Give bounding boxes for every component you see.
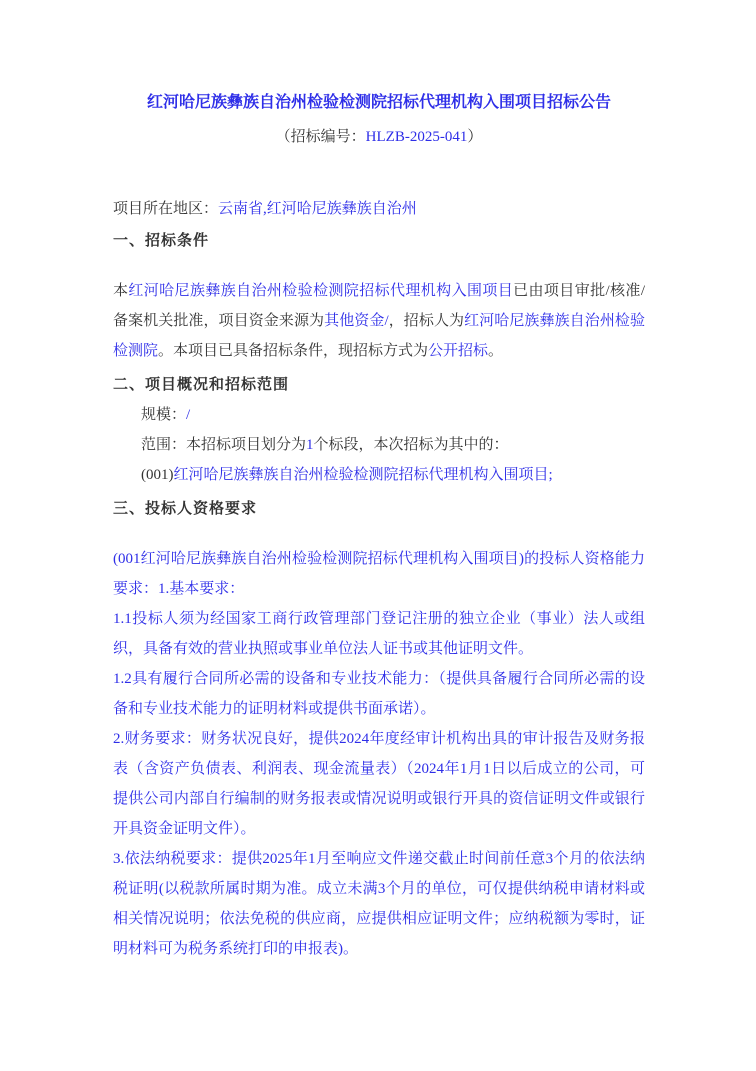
document-title: 红河哈尼族彝族自治州检验检测院招标代理机构入围项目招标公告 — [113, 92, 645, 114]
scale-line: 规模：/ — [113, 400, 645, 430]
document-page: 红河哈尼族彝族自治州检验检测院招标代理机构入围项目招标公告 （招标编号：HLZB… — [0, 0, 756, 1071]
text-segment: 其他资金/ — [324, 313, 389, 329]
text-segment: (001) — [141, 467, 174, 483]
text-segment: ） — [467, 129, 482, 145]
text-segment: 。 — [488, 343, 503, 359]
requirement-1-1-paragraph: 1.1投标人须为经国家工商行政管理部门登记注册的独立企业（事业）法人或组织，具备… — [113, 604, 645, 664]
text-segment: / — [186, 407, 190, 423]
text-segment: 项目所在地区： — [113, 201, 218, 217]
text-segment: 公开招标 — [428, 343, 488, 359]
text-segment: 3.依法纳税要求：提供2025年1月至响应文件递交截止时间前任意3个月的依法纳税… — [113, 851, 645, 957]
text-segment: 范围：本招标项目划分为 — [141, 437, 306, 453]
requirement-1-2-paragraph: 1.2具有履行合同所必需的设备和专业技术能力：（提供具备履行合同所必需的设备和专… — [113, 664, 645, 724]
text-segment: 本 — [113, 283, 128, 299]
text-segment: (001红河哈尼族彝族自治州检验检测院招标代理机构入围项目)的投标人资格能力要求… — [113, 551, 645, 597]
section-heading-bidding-conditions: 一、招标条件 — [113, 226, 645, 256]
text-segment: 1.1投标人须为经国家工商行政管理部门登记注册的独立企业（事业）法人或组织，具备… — [113, 611, 645, 657]
tender-number-line: （招标编号：HLZB-2025-041） — [113, 126, 645, 148]
section-heading-project-overview: 二、项目概况和招标范围 — [113, 370, 645, 400]
requirement-2-finance-paragraph: 2.财务要求：财务状况良好，提供2024年度经审计机构出具的审计报告及财务报表（… — [113, 724, 645, 844]
text-segment: 1.2具有履行合同所必需的设备和专业技术能力：（提供具备履行合同所必需的设备和专… — [113, 671, 645, 717]
text-segment: 。本项目已具备招标条件，现招标方式为 — [158, 343, 428, 359]
text-segment: 1 — [306, 437, 314, 453]
text-segment: （招标编号： — [276, 129, 366, 145]
text-segment: 红河哈尼族彝族自治州检验检测院招标代理机构入围项目; — [174, 467, 553, 483]
text-segment: 规模： — [141, 407, 186, 423]
qualification-intro-paragraph: (001红河哈尼族彝族自治州检验检测院招标代理机构入围项目)的投标人资格能力要求… — [113, 544, 645, 604]
text-segment: 2.财务要求：财务状况良好，提供2024年度经审计机构出具的审计报告及财务报表（… — [113, 731, 645, 837]
project-region-line: 项目所在地区：云南省,红河哈尼族彝族自治州 — [113, 194, 645, 224]
lot-001-line: (001)红河哈尼族彝族自治州检验检测院招标代理机构入围项目; — [113, 460, 645, 490]
requirement-3-tax-paragraph: 3.依法纳税要求：提供2025年1月至响应文件递交截止时间前任意3个月的依法纳税… — [113, 844, 645, 964]
text-segment: 个标段，本次招标为其中的： — [314, 437, 509, 453]
text-segment: HLZB-2025-041 — [366, 129, 468, 145]
text-segment: ，招标人为 — [389, 313, 464, 329]
scope-line: 范围：本招标项目划分为1个标段，本次招标为其中的： — [113, 430, 645, 460]
bidding-conditions-paragraph: 本红河哈尼族彝族自治州检验检测院招标代理机构入围项目已由项目审批/核准/备案机关… — [113, 276, 645, 366]
text-segment: 红河哈尼族彝族自治州检验检测院招标代理机构入围项目 — [128, 283, 513, 299]
section-heading-bidder-qualifications: 三、投标人资格要求 — [113, 494, 645, 524]
text-segment: 云南省,红河哈尼族彝族自治州 — [218, 201, 417, 217]
